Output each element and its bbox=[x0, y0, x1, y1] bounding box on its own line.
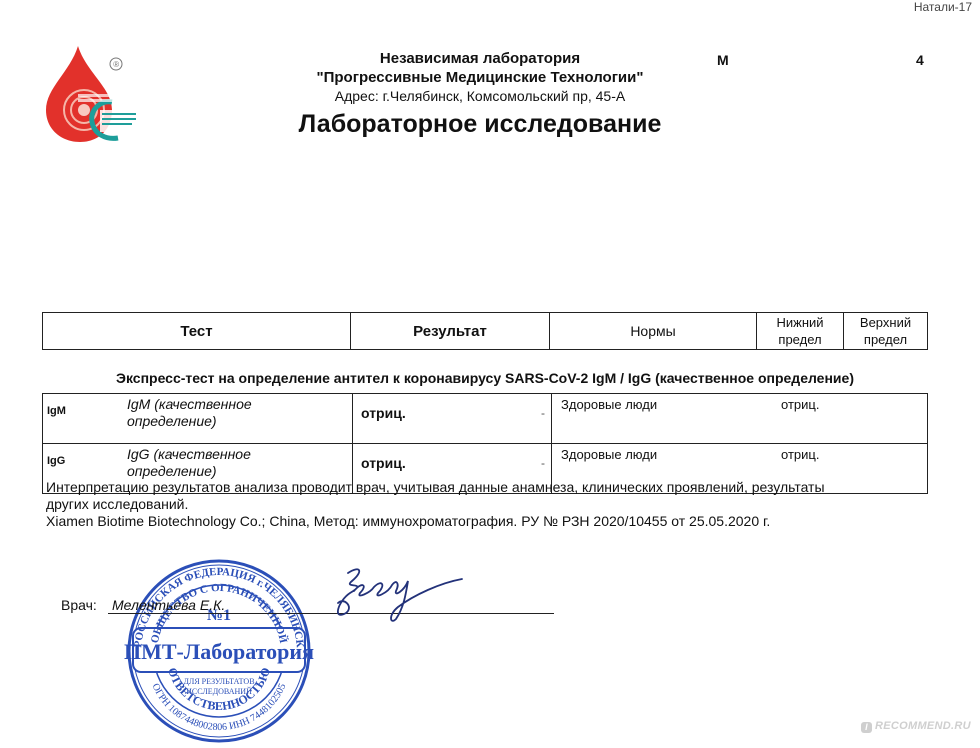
col-result: Результат bbox=[351, 313, 550, 350]
section-title: Экспресс-тест на определение антител к к… bbox=[42, 370, 928, 386]
lab-address: Адрес: г.Челябинск, Комсомольский пр, 45… bbox=[280, 87, 680, 106]
col-lower-limit: Нижний предел bbox=[757, 313, 844, 350]
svg-text:ИССЛЕДОВАНИЙ: ИССЛЕДОВАНИЙ bbox=[186, 687, 252, 696]
test-norm: Здоровые люди отриц. bbox=[552, 394, 928, 444]
svg-text:ПМТ-Лаборатория: ПМТ-Лаборатория bbox=[124, 639, 314, 664]
document-header: Независимая лаборатория "Прогрессивные М… bbox=[280, 49, 680, 140]
doctor-label: Врач: bbox=[61, 597, 97, 613]
test-code: IgM bbox=[43, 394, 126, 444]
svg-text:®: ® bbox=[113, 60, 119, 69]
result-flag: - bbox=[541, 456, 545, 470]
table-row: IgM IgM (качественное определение) отриц… bbox=[43, 394, 928, 444]
stamp-icon: РОССИЙСКАЯ ФЕДЕРАЦИЯ г.ЧЕЛЯБИНСК ОБЩЕСТВ… bbox=[121, 558, 317, 744]
patient-sex: М bbox=[717, 52, 729, 68]
test-name: IgM (качественное определение) bbox=[125, 394, 353, 444]
signature-icon bbox=[330, 563, 480, 623]
lab-logo-icon: ® bbox=[40, 44, 144, 144]
results-table-header: Тест Результат Нормы Нижний предел Верхн… bbox=[42, 312, 928, 350]
document-title: Лабораторное исследование bbox=[280, 108, 680, 140]
lab-full-name: "Прогрессивные Медицинские Технологии" bbox=[280, 68, 680, 87]
interpretation-note: Интерпретацию результатов анализа провод… bbox=[46, 479, 926, 530]
watermark-username: Натали-17 bbox=[914, 0, 972, 14]
recommend-logo-icon: I bbox=[861, 722, 872, 733]
doctor-name: Мелентьева Е.К. bbox=[112, 597, 225, 613]
col-norms: Нормы bbox=[550, 313, 757, 350]
lab-name: Независимая лаборатория bbox=[280, 49, 680, 68]
recommend-watermark: IRECOMMEND.RU bbox=[861, 720, 971, 733]
patient-age-fragment: 4 bbox=[916, 52, 924, 68]
col-test: Тест bbox=[43, 313, 351, 350]
col-upper-limit: Верхний предел bbox=[844, 313, 928, 350]
svg-text:ДЛЯ РЕЗУЛЬТАТОВ: ДЛЯ РЕЗУЛЬТАТОВ bbox=[183, 677, 254, 686]
result-flag: - bbox=[541, 406, 545, 420]
test-result: отриц. - bbox=[353, 394, 552, 444]
